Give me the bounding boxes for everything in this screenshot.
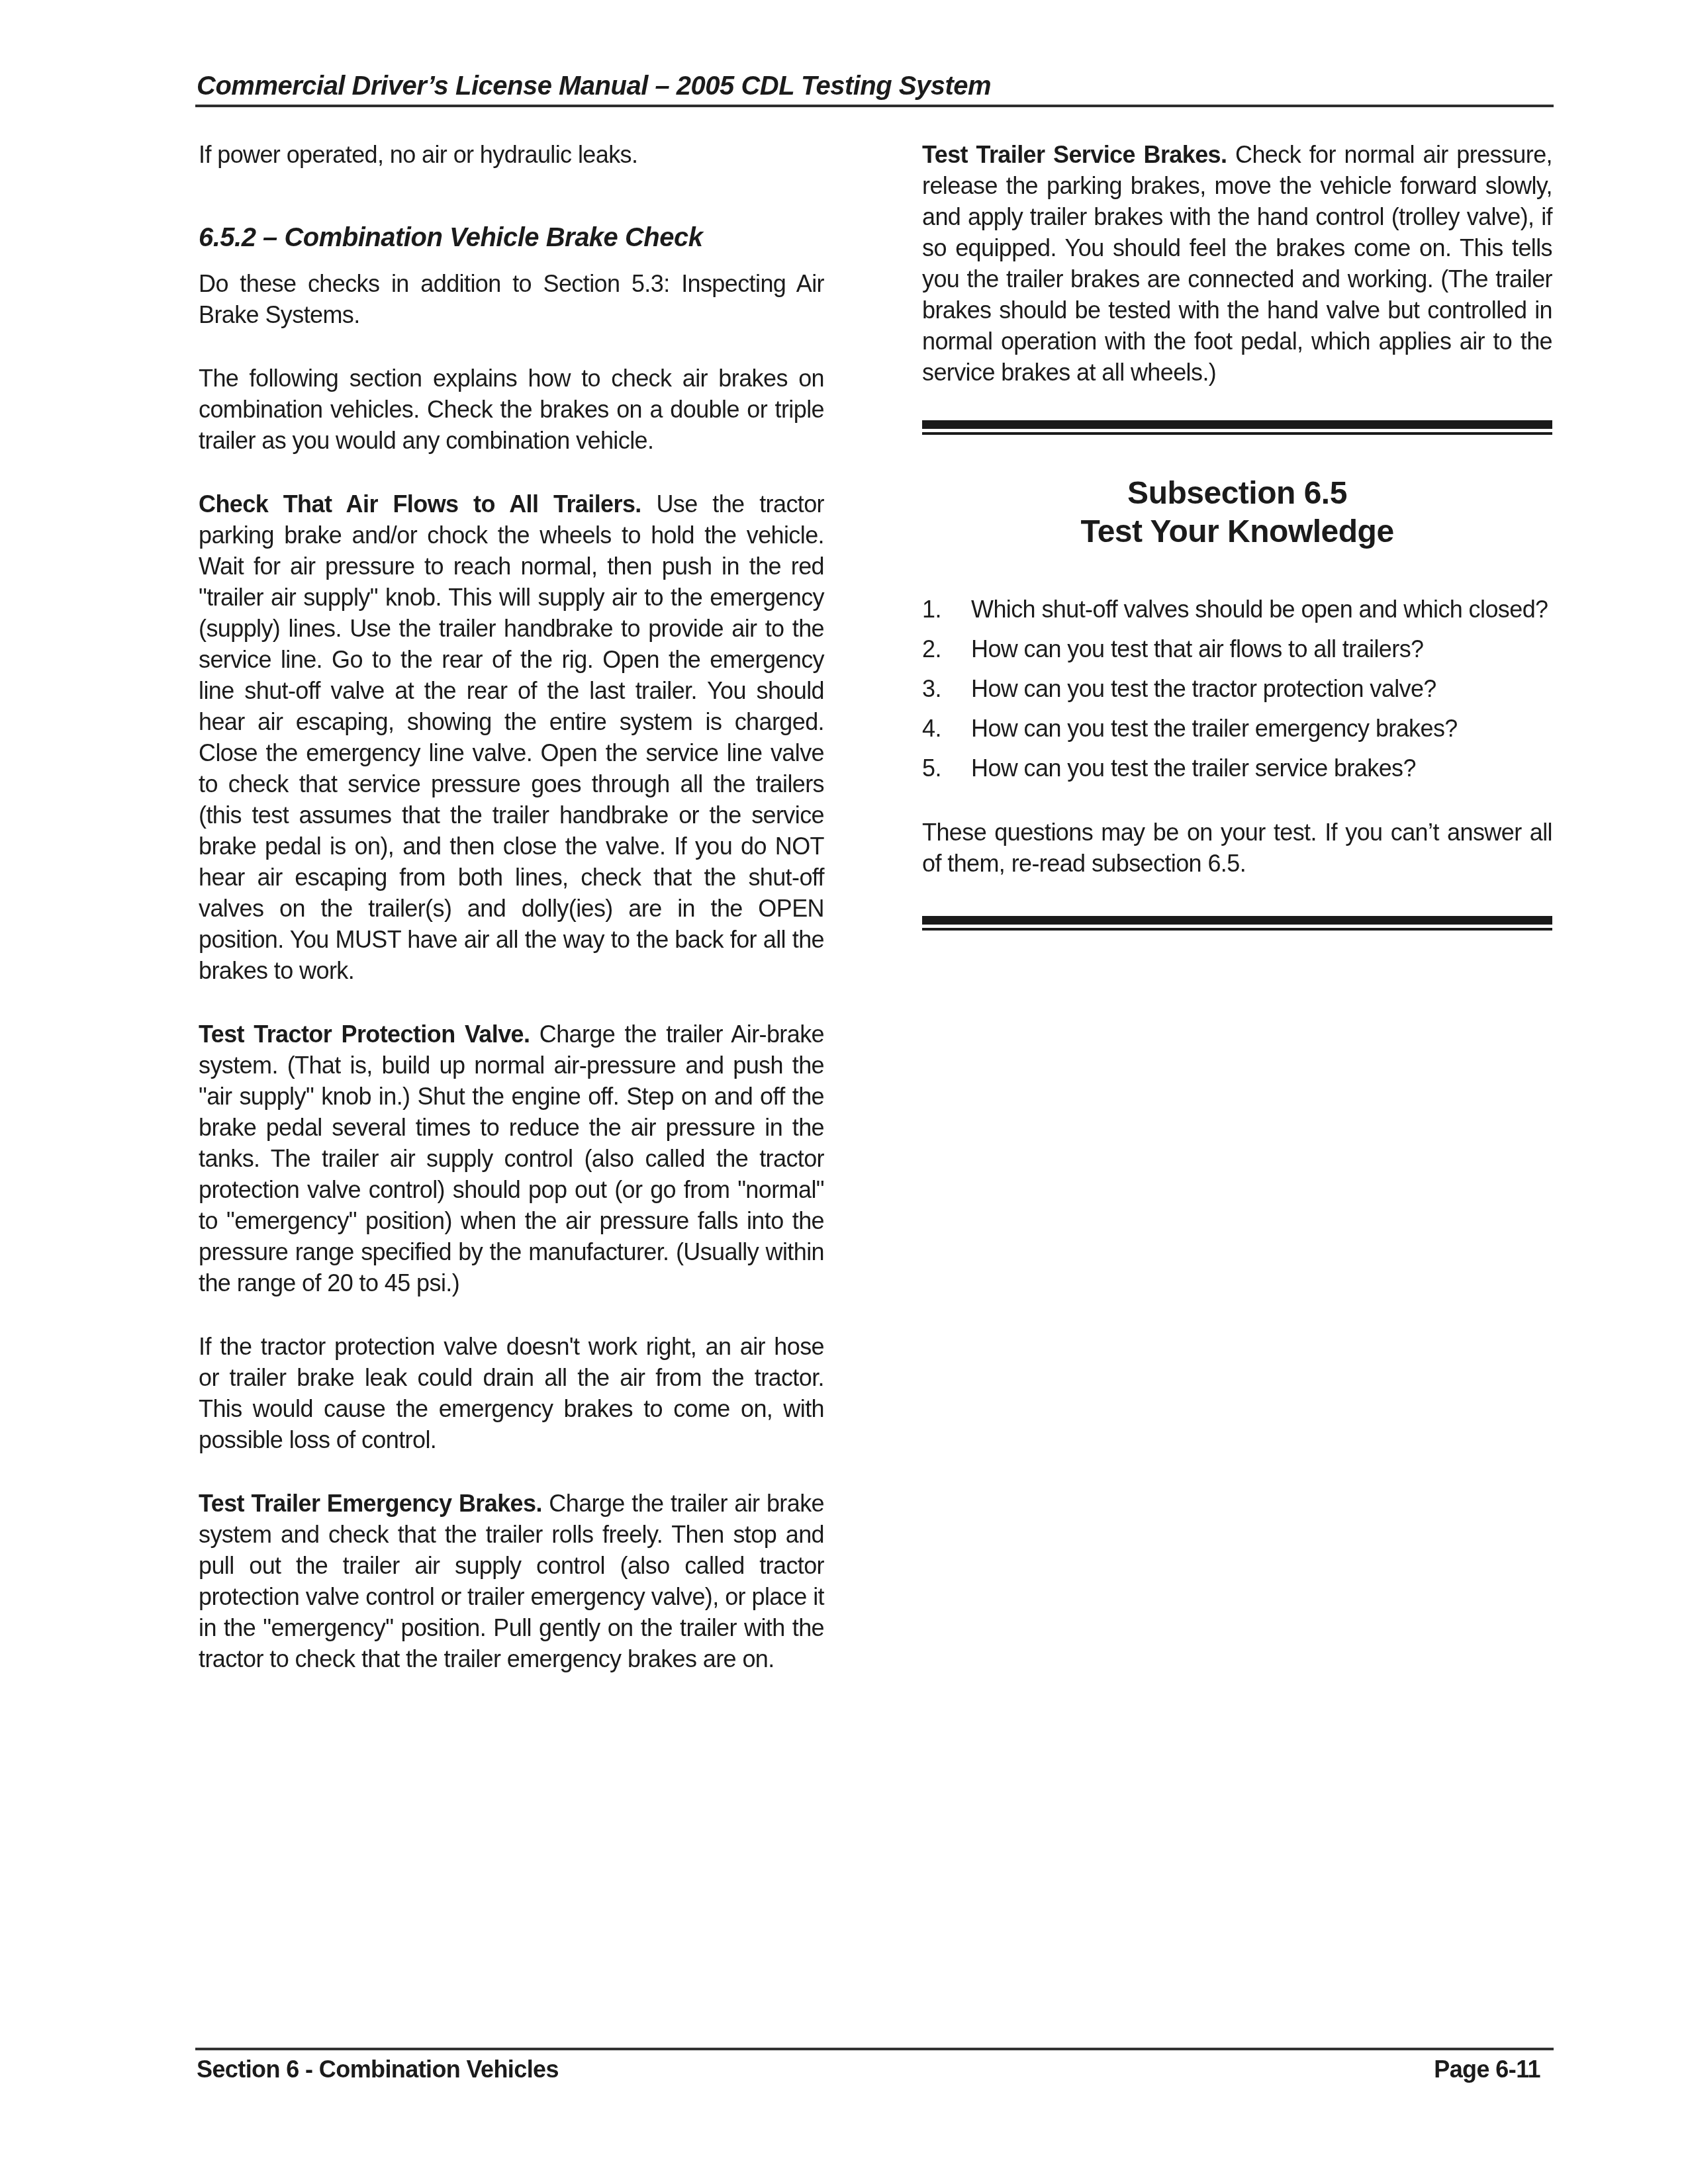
lead-test-tractor-protection-valve: Test Tractor Protection Valve. (199, 1021, 530, 1048)
question-number: 4. (922, 713, 971, 744)
question-item-3: 3. How can you test the tractor protecti… (922, 673, 1552, 704)
question-number: 2. (922, 633, 971, 664)
lead-test-trailer-emergency-brakes: Test Trailer Emergency Brakes. (199, 1490, 542, 1517)
lead-check-air-flows: Check That Air Flows to All Trailers. (199, 490, 641, 518)
body-test-tractor-protection-valve: Charge the trailer Air-brake system. (Th… (199, 1021, 824, 1297)
subsection-heading: Subsection 6.5 Test Your Knowledge (922, 475, 1552, 551)
question-number: 1. (922, 594, 971, 625)
paragraph-do-these-checks: Do these checks in addition to Section 5… (199, 268, 824, 330)
double-rule-bottom (922, 916, 1552, 931)
left-column: If power operated, no air or hydraulic l… (199, 139, 824, 1707)
question-text: How can you test the tractor protection … (971, 673, 1552, 704)
rule-thick (922, 420, 1552, 429)
rule-thin (922, 432, 1552, 435)
question-number: 5. (922, 752, 971, 784)
header-title: Commercial Driver’s License Manual – 200… (197, 71, 991, 101)
document-page: Commercial Driver’s License Manual – 200… (0, 0, 1688, 2184)
question-number: 3. (922, 673, 971, 704)
question-item-4: 4. How can you test the trailer emergenc… (922, 713, 1552, 744)
double-rule-top (922, 420, 1552, 435)
lead-test-trailer-service-brakes: Test Trailer Service Brakes. (922, 141, 1227, 168)
question-text: How can you test the trailer service bra… (971, 752, 1552, 784)
body-test-trailer-emergency-brakes: Charge the trailer air brake system and … (199, 1490, 824, 1672)
subsection-heading-line2: Test Your Knowledge (1080, 514, 1393, 549)
body-test-trailer-service-brakes: Check for normal air pressure, release t… (922, 141, 1552, 386)
footer-page-number: Page 6-11 (1434, 2056, 1540, 2083)
footer-section-label: Section 6 - Combination Vehicles (197, 2056, 559, 2083)
question-item-2: 2. How can you test that air flows to al… (922, 633, 1552, 664)
right-column: Test Trailer Service Brakes. Check for n… (922, 139, 1552, 931)
section-heading-652: 6.5.2 – Combination Vehicle Brake Check (199, 222, 824, 253)
question-text: How can you test that air flows to all t… (971, 633, 1552, 664)
footer-rule (195, 2048, 1554, 2050)
paragraph-following-section: The following section explains how to ch… (199, 363, 824, 456)
question-text: How can you test the trailer emergency b… (971, 713, 1552, 744)
question-item-5: 5. How can you test the trailer service … (922, 752, 1552, 784)
question-text: Which shut-off valves should be open and… (971, 594, 1552, 625)
body-check-air-flows: Use the tractor parking brake and/or cho… (199, 490, 824, 984)
header-rule (195, 105, 1554, 107)
question-item-1: 1. Which shut-off valves should be open … (922, 594, 1552, 625)
paragraph-check-air-flows: Check That Air Flows to All Trailers. Us… (199, 488, 824, 986)
paragraph-test-tractor-protection-valve: Test Tractor Protection Valve. Charge th… (199, 1019, 824, 1298)
paragraph-closing-note: These questions may be on your test. If … (922, 817, 1552, 879)
paragraph-power-operated: If power operated, no air or hydraulic l… (199, 139, 824, 170)
paragraph-test-trailer-emergency-brakes: Test Trailer Emergency Brakes. Charge th… (199, 1488, 824, 1674)
rule-thin (922, 928, 1552, 931)
rule-thick (922, 916, 1552, 925)
subsection-heading-line1: Subsection 6.5 (1127, 476, 1347, 511)
knowledge-questions-list: 1. Which shut-off valves should be open … (922, 594, 1552, 784)
footer: Section 6 - Combination Vehicles Page 6-… (197, 2056, 1540, 2083)
paragraph-test-trailer-service-brakes: Test Trailer Service Brakes. Check for n… (922, 139, 1552, 388)
paragraph-valve-doesnt-work: If the tractor protection valve doesn't … (199, 1331, 824, 1455)
